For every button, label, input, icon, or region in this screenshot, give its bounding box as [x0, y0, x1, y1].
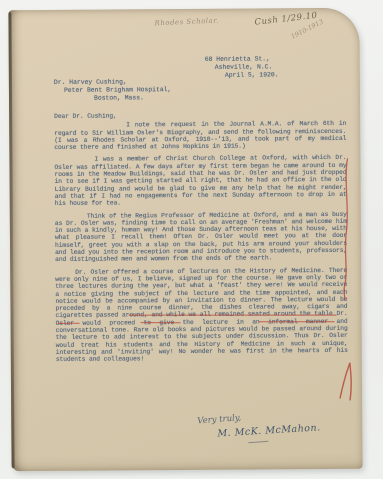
paragraph: Think of the Regius Professor of Medicin… [55, 210, 347, 263]
handwritten-signature: M. McK. McMahon. [217, 422, 321, 439]
red-underline-mark [259, 321, 335, 322]
scanner-background: Rhodes Scholar. Cush 1/29.10 1910-1913 6… [0, 0, 383, 479]
red-underline-mark [58, 323, 80, 324]
red-underline-mark [141, 322, 181, 323]
letter-date: April 5, 1920. [225, 71, 279, 79]
red-underline-mark [129, 315, 337, 316]
recipient-city: Boston, Mass. [94, 94, 171, 103]
handwritten-closing: Very truly, [197, 413, 242, 426]
paper-left-edge-shadow [8, 12, 14, 468]
paragraph: I note the request in the Journal A.M.A.… [54, 120, 346, 151]
letter-body: Dear Dr. Cushing, I note the request in … [54, 111, 348, 369]
red-check-margin-mark [338, 360, 356, 402]
red-margin-line-mark [338, 157, 355, 302]
recipient-address-block: Dr. Harvey Cushing, Peter Bent Brigham H… [54, 78, 172, 103]
paragraph: I was a member of Christ Church College … [54, 154, 346, 207]
pencil-annotation-note: Rhodes Scholar. [154, 17, 219, 28]
salutation: Dear Dr. Cushing, [54, 111, 346, 120]
sender-address-block: 68 Henrietta St., Asheville, N.C. April … [205, 55, 279, 80]
letter-page: Rhodes Scholar. Cush 1/29.10 1910-1913 6… [8, 8, 362, 471]
signature-flourish [248, 441, 268, 444]
